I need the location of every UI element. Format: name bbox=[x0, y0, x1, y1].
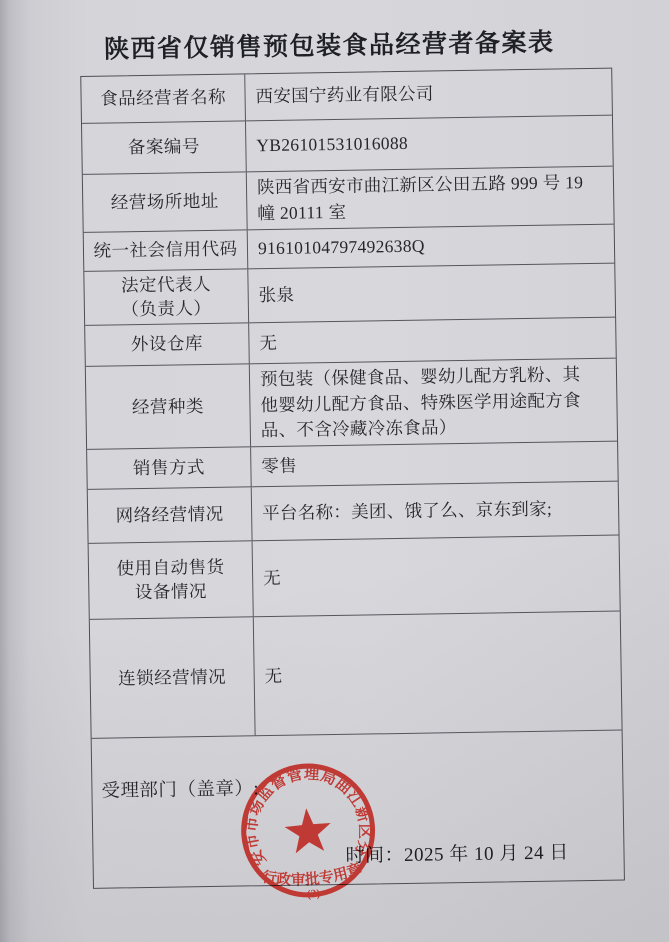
table-row: 外设仓库 无 bbox=[85, 317, 616, 366]
row-value: 预包装（保健食品、婴幼儿配方乳粉、其 他婴幼儿配方食品、特殊医学用途配方食 品、… bbox=[250, 359, 617, 447]
row-label: 法定代表人 （负责人） bbox=[84, 269, 249, 325]
row-value: 西安国宁药业有限公司 bbox=[245, 69, 612, 121]
row-label: 食品经营者名称 bbox=[81, 74, 246, 123]
table-row: 经营场所地址 陕西省西安市曲江新区公田五路 999 号 19 幢 20111 室 bbox=[83, 166, 614, 232]
table-row: 销售方式 零售 bbox=[87, 441, 618, 489]
stamp-sub-text: (2) bbox=[307, 888, 321, 901]
table-row: 备案编号 YB26101531016088 bbox=[82, 115, 613, 174]
table-row: 网络经营情况 平台名称：美团、饿了么、京东到家; bbox=[88, 481, 619, 543]
row-label: 经营种类 bbox=[86, 365, 251, 450]
row-value: 91610104797492638Q bbox=[248, 225, 615, 269]
date-text: 时间：2025 年 10 月 24 日 bbox=[345, 838, 569, 869]
row-label: 网络经营情况 bbox=[88, 488, 253, 544]
row-value: 无 bbox=[254, 612, 622, 736]
row-label: 统一社会信用代码 bbox=[84, 230, 249, 271]
row-value: YB26101531016088 bbox=[246, 116, 613, 172]
page-title: 陕西省仅销售预包装食品经营者备案表 bbox=[35, 21, 624, 66]
row-value: 陕西省西安市曲江新区公田五路 999 号 19 幢 20111 室 bbox=[247, 167, 614, 230]
table-row: 经营种类 预包装（保健食品、婴幼儿配方乳粉、其 他婴幼儿配方食品、特殊医学用途配… bbox=[86, 358, 617, 449]
row-value: 张泉 bbox=[248, 264, 615, 323]
row-value: 无 bbox=[249, 318, 616, 364]
table-row: 统一社会信用代码 91610104797492638Q bbox=[84, 224, 615, 271]
table-row: 食品经营者名称 西安国宁药业有限公司 bbox=[81, 69, 612, 123]
table-row: 连锁经营情况 无 bbox=[90, 611, 622, 738]
row-label: 外设仓库 bbox=[85, 324, 250, 367]
registration-table: 食品经营者名称 西安国宁药业有限公司 备案编号 YB26101531016088… bbox=[80, 68, 625, 890]
row-label: 连锁经营情况 bbox=[90, 618, 256, 739]
table-row: 使用自动售货 设备情况 无 bbox=[89, 535, 620, 619]
row-value: 零售 bbox=[251, 442, 618, 487]
row-label: 经营场所地址 bbox=[83, 172, 248, 232]
footer-section: 受理部门（盖章）: 时间：2025 年 10 月 24 日 西安市市场监督管理局… bbox=[92, 730, 624, 888]
accepting-dept-label: 受理部门（盖章）: bbox=[101, 775, 259, 803]
star-icon bbox=[283, 807, 333, 855]
row-value: 平台名称：美团、饿了么、京东到家; bbox=[252, 482, 619, 541]
row-label: 备案编号 bbox=[82, 121, 247, 174]
table-row: 法定代表人 （负责人） 张泉 bbox=[84, 263, 615, 326]
row-label: 使用自动售货 设备情况 bbox=[89, 542, 254, 620]
row-label: 销售方式 bbox=[87, 448, 252, 490]
document-sheet: 陕西省仅销售预包装食品经营者备案表 食品经营者名称 西安国宁药业有限公司 备案编… bbox=[0, 0, 669, 942]
row-value: 无 bbox=[253, 536, 620, 617]
